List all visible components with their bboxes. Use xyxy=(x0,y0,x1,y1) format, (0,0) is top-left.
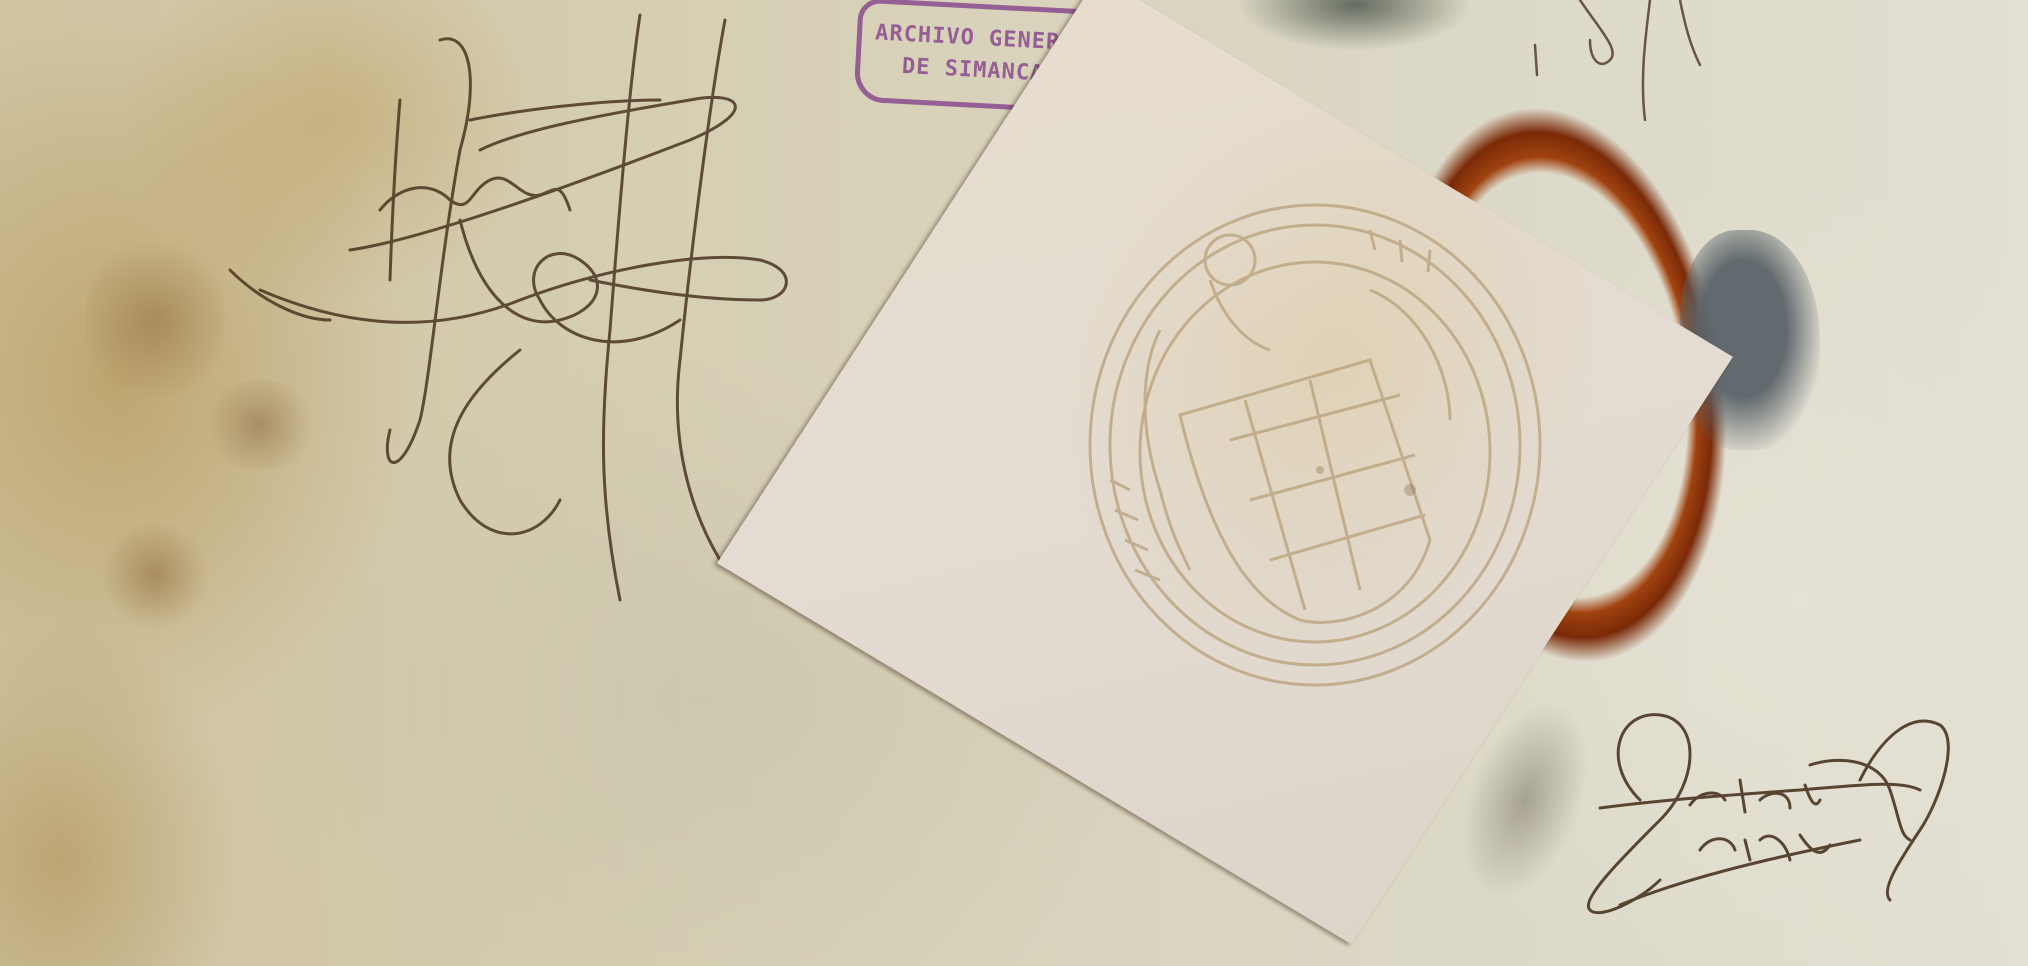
ink-flourish xyxy=(0,0,2028,966)
